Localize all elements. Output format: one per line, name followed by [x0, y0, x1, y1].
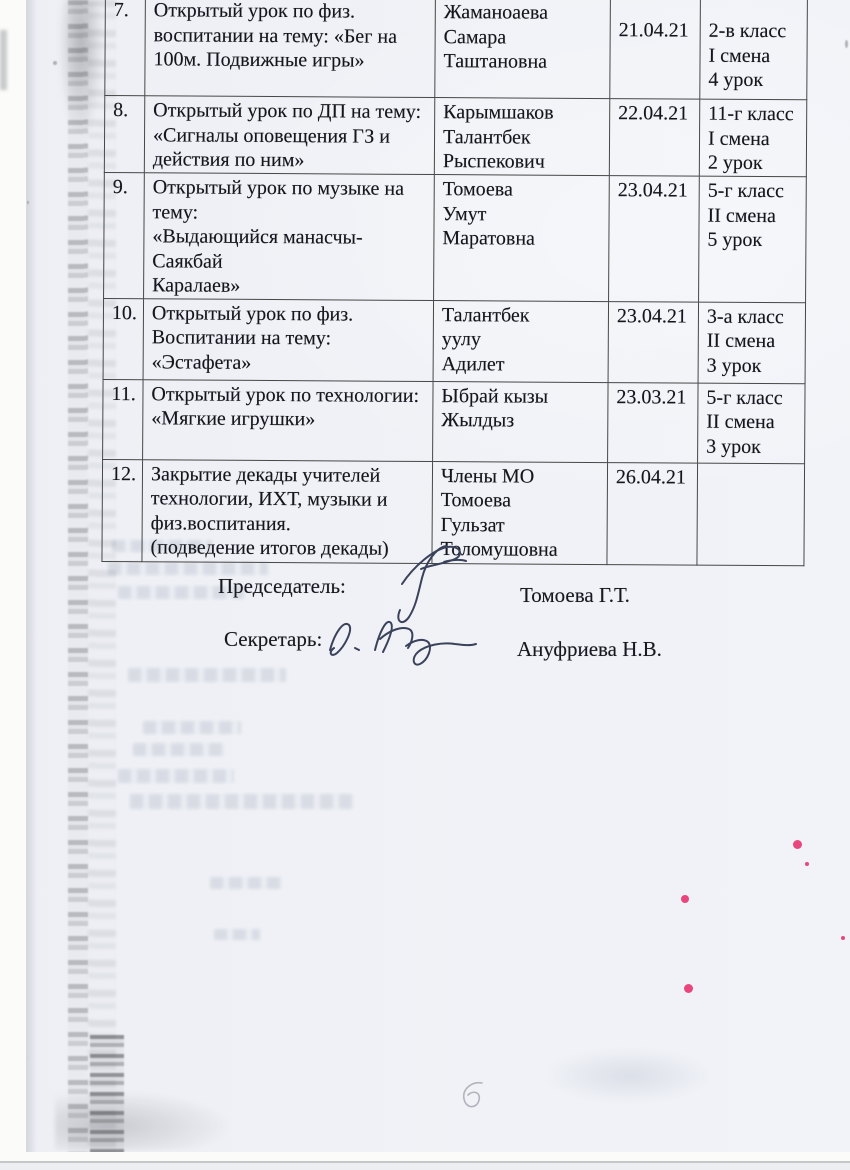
secretary-name: Ануфриева Н.В.	[517, 637, 662, 662]
class-info-cell: 5-г класс II смена 3 урок	[698, 383, 805, 464]
scan-smudge-streak	[68, 0, 88, 1156]
secretary-signature-icon	[320, 602, 488, 674]
bleed-through-line	[128, 668, 286, 682]
teacher-name-cell: Томоева Умут Маратовна	[434, 175, 610, 302]
bleed-through-line	[130, 794, 354, 809]
table-row: 11. Открытый урок по технологии: «Мягкие…	[103, 379, 805, 463]
lessons-table-wrap: 7. Открытый урок по физ. воспитании на т…	[101, 0, 807, 566]
teacher-name-cell: Жаманоаева Самара Таштановна	[435, 0, 611, 99]
lesson-topic-cell: Открытый урок по технологии: «Мягкие игр…	[143, 379, 433, 461]
scan-smudge-streak	[58, 0, 104, 140]
red-ink-dot	[681, 895, 689, 903]
chairman-role-label: Председатель:	[218, 574, 346, 599]
class-info-cell	[697, 463, 805, 566]
table-row: 7. Открытый урок по физ. воспитании на т…	[105, 0, 808, 100]
dust-speck	[845, 40, 848, 48]
scan-smudge-streak	[55, 1090, 235, 1150]
lesson-topic-cell: Открытый урок по музыке на тему: «Выдающ…	[144, 173, 435, 300]
red-ink-dot	[841, 936, 845, 940]
bleed-through-line	[214, 929, 260, 940]
teacher-name-cell: Карымшаков Талантбек Рыспекович	[434, 98, 609, 176]
class-info-cell: 2-в класс I смена 4 урок	[700, 0, 808, 100]
scanner-edge-mark	[0, 30, 7, 90]
scan-smudge-streak	[88, 0, 116, 1156]
scanner-edge-left	[0, 0, 27, 1170]
scanned-page: 7. Открытый урок по физ. воспитании на т…	[0, 0, 850, 1170]
lessons-table-body: 7. Открытый урок по физ. воспитании на т…	[102, 0, 808, 565]
lesson-topic-cell: Открытый урок по ДП на тему: «Сигналы оп…	[144, 96, 434, 175]
class-info-cell: 5-г класс II смена 5 урок	[699, 176, 807, 302]
class-info-cell: 3-а класс II смена 3 урок	[698, 302, 805, 384]
date-cell: 21.04.21	[610, 0, 701, 99]
date-cell: 23.04.21	[608, 301, 698, 383]
teacher-name-cell: Ыбрай кызы Жылдыз	[433, 381, 608, 462]
table-row: 10. Открытый урок по физ. Воспитании на …	[103, 298, 805, 383]
class-info-cell: 11-г класс I смена 2 урок	[699, 99, 806, 177]
lessons-table: 7. Открытый урок по физ. воспитании на т…	[101, 0, 808, 566]
chairman-name: Томоева Г.Т.	[520, 583, 630, 608]
date-cell: 23.04.21	[609, 176, 700, 302]
red-ink-dot	[684, 984, 693, 993]
date-cell: 26.04.21	[607, 462, 698, 565]
red-ink-dot	[793, 840, 802, 849]
date-cell: 23.03.21	[608, 382, 698, 463]
dust-speck	[53, 61, 57, 65]
pencil-squiggle-mark	[450, 1078, 494, 1116]
table-row: 8. Открытый урок по ДП на тему: «Сигналы…	[104, 96, 806, 177]
lesson-topic-cell: Открытый урок по физ. воспитании на тему…	[145, 0, 436, 98]
table-row: 9. Открытый урок по музыке на тему: «Выд…	[104, 172, 807, 302]
paper-fold-shadow	[545, 1048, 715, 1103]
date-cell: 22.04.21	[609, 99, 699, 177]
bleed-through-line	[133, 743, 225, 756]
teacher-name-cell: Талантбек уулу Адилет	[433, 300, 608, 382]
bleed-through-line	[118, 769, 234, 783]
red-ink-dot	[805, 862, 809, 866]
paper-edge-shadow	[27, 0, 37, 1170]
lesson-topic-cell: Открытый урок по физ. Воспитании на тему…	[143, 298, 433, 381]
bleed-through-line	[210, 877, 282, 889]
bleed-through-line	[143, 721, 241, 734]
secretary-role-label: Секретарь:	[224, 627, 322, 652]
scanner-edge-tint	[0, 1163, 850, 1170]
